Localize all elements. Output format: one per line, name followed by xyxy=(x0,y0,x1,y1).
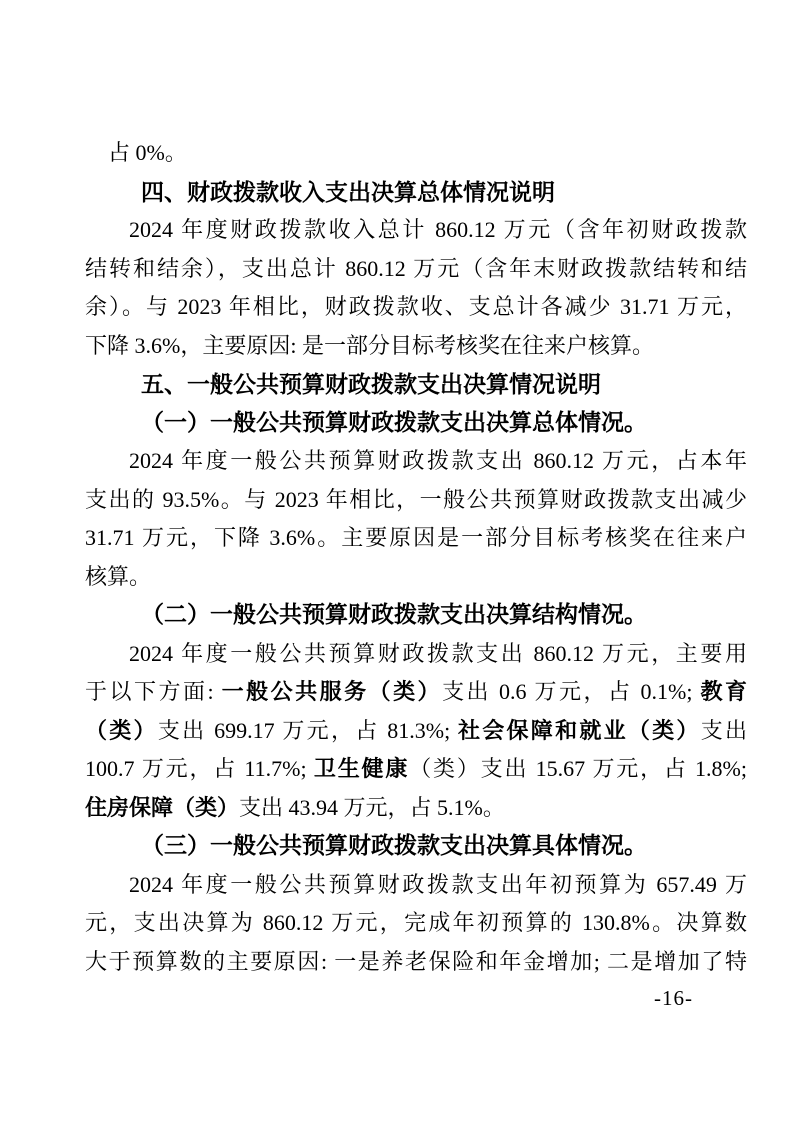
text-segment: 2024 年度财政拨款收入总计 860.12 万元（含年初财政拨款 xyxy=(129,217,747,242)
bold-text-segment: 教育 xyxy=(700,679,747,704)
text-segment: 2024 年度一般公共预算财政拨款支出 860.12 万元，占本年 xyxy=(129,448,747,473)
bold-text-segment: 五、一般公共预算财政拨款支出决算情况说明 xyxy=(141,371,601,397)
document-page: 占 0%。四、财政拨款收入支出决算总体情况说明2024 年度财政拨款收入总计 8… xyxy=(0,0,793,1122)
para-overall-line-3: 31.71 万元，下降 3.6%。主要原因是一部分目标考核奖在往来户 xyxy=(85,519,747,558)
bold-text-segment: （二）一般公共预算财政拨款支出决算结构情况。 xyxy=(141,602,647,627)
bold-text-segment: 住房保障（类） xyxy=(85,795,239,820)
para-structure-line-2: 于以下方面: 一般公共服务（类）支出 0.6 万元，占 0.1%; 教育 xyxy=(85,673,747,712)
para-fiscal-total-line-3: 余）。与 2023 年相比，财政拨款收、支总计各减少 31.71 万元， xyxy=(85,288,747,327)
heading-section-four: 四、财政拨款收入支出决算总体情况说明 xyxy=(85,173,747,212)
para-detail-line-2: 元，支出决算为 860.12 万元，完成年初预算的 130.8%。决算数 xyxy=(85,904,747,943)
text-segment: 结转和结余），支出总计 860.12 万元（含年末财政拨款结转和结 xyxy=(85,256,747,281)
text-segment: （类）支出 15.67 万元，占 1.8%; xyxy=(409,756,747,781)
para-fiscal-total-line-1: 2024 年度财政拨款收入总计 860.12 万元（含年初财政拨款 xyxy=(85,211,747,250)
bold-text-segment: 社会保障和就业（类） xyxy=(458,718,701,743)
text-segment: 于以下方面: xyxy=(85,679,222,704)
text-segment: 余）。与 2023 年相比，财政拨款收、支总计各减少 31.71 万元， xyxy=(85,294,747,319)
bold-text-segment: （三）一般公共预算财政拨款支出决算具体情况。 xyxy=(141,833,647,858)
bold-text-segment: 四、财政拨款收入支出决算总体情况说明 xyxy=(141,179,555,205)
text-segment: 支出 0.6 万元，占 0.1%; xyxy=(442,679,700,704)
text-segment: 核算。 xyxy=(85,564,151,589)
heading-sub-three: （三）一般公共预算财政拨款支出决算具体情况。 xyxy=(85,827,747,866)
text-segment: 100.7 万元，占 11.7%; xyxy=(85,756,314,781)
document-body: 占 0%。四、财政拨款收入支出决算总体情况说明2024 年度财政拨款收入总计 8… xyxy=(85,134,747,981)
para-structure-line-4: 100.7 万元，占 11.7%; 卫生健康（类）支出 15.67 万元，占 1… xyxy=(85,750,747,789)
text-segment: 支出 43.94 万元，占 5.1%。 xyxy=(239,795,505,820)
para-structure-line-1: 2024 年度一般公共预算财政拨款支出 860.12 万元，主要用 xyxy=(85,635,747,674)
para-structure-line-3: （类）支出 699.17 万元，占 81.3%; 社会保障和就业（类）支出 xyxy=(85,712,747,751)
text-segment: 2024 年度一般公共预算财政拨款支出 860.12 万元，主要用 xyxy=(129,641,747,666)
text-segment: 支出 699.17 万元，占 81.3%; xyxy=(158,718,458,743)
para-detail-line-1: 2024 年度一般公共预算财政拨款支出年初预算为 657.49 万 xyxy=(85,866,747,905)
para-structure-line-5: 住房保障（类）支出 43.94 万元，占 5.1%。 xyxy=(85,789,747,828)
para-overall-line-1: 2024 年度一般公共预算财政拨款支出 860.12 万元，占本年 xyxy=(85,442,747,481)
para-overall-line-4: 核算。 xyxy=(85,558,747,597)
text-segment: 占 0%。 xyxy=(108,140,187,165)
bold-text-segment: （一）一般公共预算财政拨款支出决算总体情况。 xyxy=(141,410,647,435)
heading-sub-one: （一）一般公共预算财政拨款支出决算总体情况。 xyxy=(85,404,747,443)
continuation-line-percent: 占 0%。 xyxy=(85,134,747,173)
text-segment: 支出的 93.5%。与 2023 年相比，一般公共预算财政拨款支出减少 xyxy=(85,487,747,512)
para-fiscal-total-line-4: 下降 3.6%，主要原因: 是一部分目标考核奖在往来户核算。 xyxy=(85,327,747,366)
text-segment: 支出 xyxy=(701,718,747,743)
bold-text-segment: （类） xyxy=(85,718,158,743)
page-number: -16- xyxy=(654,986,693,1011)
text-segment: 下降 3.6%，主要原因: 是一部分目标考核奖在往来户核算。 xyxy=(85,333,654,358)
para-detail-line-3: 大于预算数的主要原因: 一是养老保险和年金增加; 二是增加了特 xyxy=(85,943,747,982)
text-segment: 2024 年度一般公共预算财政拨款支出年初预算为 657.49 万 xyxy=(129,872,747,897)
text-segment: 大于预算数的主要原因: 一是养老保险和年金增加; 二是增加了特 xyxy=(85,949,747,974)
heading-sub-two: （二）一般公共预算财政拨款支出决算结构情况。 xyxy=(85,596,747,635)
bold-text-segment: 卫生健康 xyxy=(314,756,409,781)
text-segment: 元，支出决算为 860.12 万元，完成年初预算的 130.8%。决算数 xyxy=(85,910,747,935)
para-overall-line-2: 支出的 93.5%。与 2023 年相比，一般公共预算财政拨款支出减少 xyxy=(85,481,747,520)
heading-section-five: 五、一般公共预算财政拨款支出决算情况说明 xyxy=(85,365,747,404)
bold-text-segment: 一般公共服务（类） xyxy=(222,679,442,704)
text-segment: 31.71 万元，下降 3.6%。主要原因是一部分目标考核奖在往来户 xyxy=(85,525,747,550)
para-fiscal-total-line-2: 结转和结余），支出总计 860.12 万元（含年末财政拨款结转和结 xyxy=(85,250,747,289)
